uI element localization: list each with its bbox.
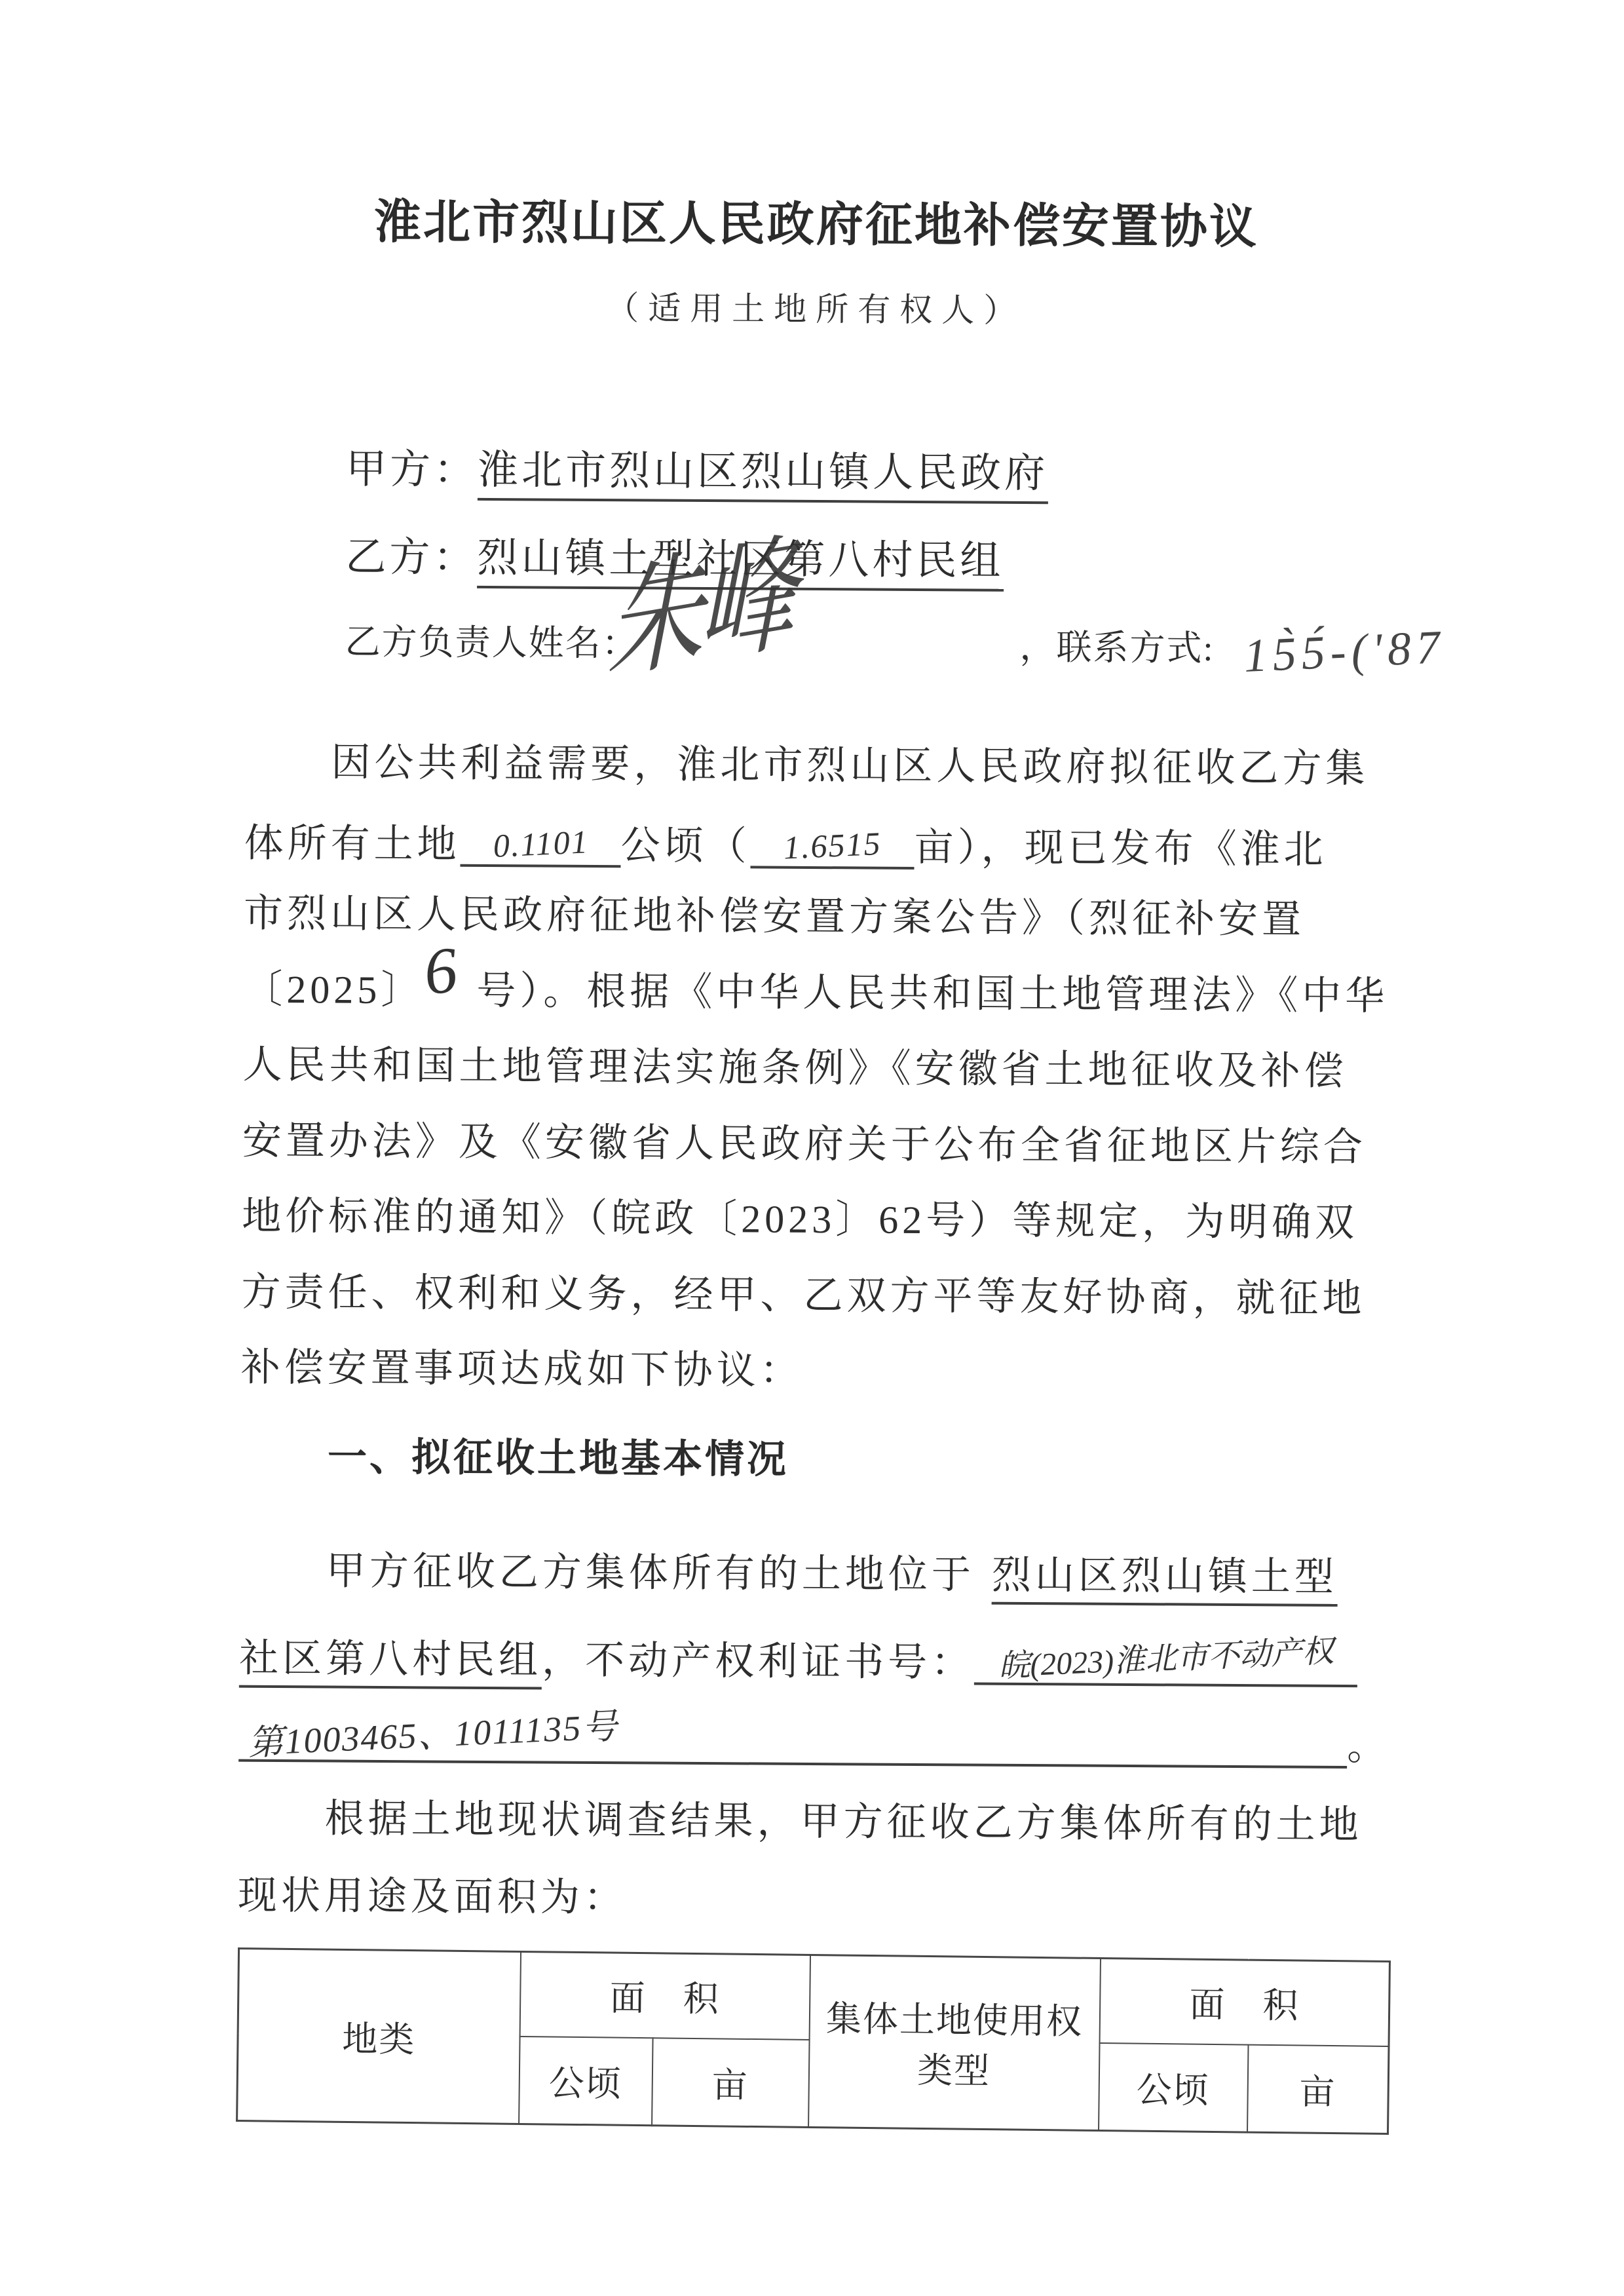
p1-line2-pre: 体所有土地 — [244, 822, 460, 866]
handwritten-signature: 朱峰 — [607, 520, 791, 701]
representative-line: 乙方负责人姓名： 朱峰 ，联系方式: 15̀5́-('87 — [345, 621, 639, 702]
representative-label: 乙方负责人姓名： — [345, 622, 638, 664]
party-a-line: 甲方：淮北市烈山区烈山镇人民政府 — [346, 446, 1048, 499]
party-b-label: 乙方： — [345, 535, 477, 581]
contact-label: ，联系方式: — [1019, 626, 1214, 670]
paragraph1-line3: 市烈山区人民政府征地补偿安置方案公告》（烈征补安置 — [244, 890, 1305, 944]
handwritten-certificate-no-1: 皖(2023)淮北市不动产权 — [998, 1633, 1334, 1686]
section1-heading: 一、拟征收土地基本情况 — [328, 1433, 789, 1483]
s1-line1-underlined-location: 烈山区烈山镇土型 — [992, 1554, 1338, 1607]
party-a-value: 淮北市烈山区烈山镇人民政府 — [478, 448, 1048, 504]
table-header-area-left: 面 积 — [519, 1951, 810, 2040]
paragraph1-line5: 人民共和国土地管理法实施条例》《安徽省土地征收及补偿 — [242, 1041, 1347, 1095]
paragraph1-line1: 因公共利益需要，淮北市烈山区人民政府拟征收乙方集 — [244, 738, 1369, 792]
s1-line2-mid: ，不动产权利证书号： — [542, 1639, 974, 1685]
land-area-table: 地类 面 积 集体土地使用权类型 面 积 公顷 亩 公顷 亩 — [236, 1947, 1391, 2135]
p1-line4-pre: 〔2025〕 — [243, 968, 424, 1012]
p1-line4-post: 号）。根据《中华人民共和国土地管理法》《中华 — [476, 969, 1388, 1018]
page-subtitle: （适用土地所有权人） — [4, 284, 1624, 334]
hectares-blank: 0.1101 — [460, 816, 620, 868]
table-header-land-type: 地类 — [237, 1949, 521, 2124]
s1-line3-period: 。 — [1347, 1725, 1390, 1768]
paragraph1-line9: 补偿安置事项达成如下协议： — [241, 1344, 803, 1394]
p1-line2-post: 亩），现已发布《淮北 — [914, 826, 1327, 871]
table-header-right-type: 集体土地使用权类型 — [808, 1955, 1101, 2130]
table-subheader-hectare-left: 公顷 — [519, 2037, 653, 2126]
table-header-area-right: 面 积 — [1099, 1959, 1389, 2047]
mu-blank: 1.6515 — [750, 817, 914, 870]
handwritten-mu-value: 1.6515 — [783, 824, 882, 868]
handwritten-doc-number: 6 — [425, 968, 477, 973]
party-a-label: 甲方： — [346, 448, 478, 493]
document-sheet: 淮北市烈山区人民政府征地补偿安置协议 （适用土地所有权人） 甲方：淮北市烈山区烈… — [0, 0, 1624, 2296]
p1-line2-mid: 公顷（ — [620, 824, 750, 868]
section1-line3: 第1003465、1011135号。 — [238, 1711, 1390, 1770]
section1-line2: 社区第八村民组，不动产权利证书号：皖(2023)淮北市不动产权 — [239, 1630, 1357, 1689]
section1-line1: 甲方征收乙方集体所有的土地位于烈山区烈山镇土型 — [240, 1547, 1338, 1601]
handwritten-certificate-no-2: 第1003465、1011135号 — [247, 1706, 619, 1765]
paragraph1-line6: 安置办法》及《安徽省人民政府关于公布全省征地区片综合 — [242, 1117, 1367, 1171]
table-subheader-mu-left: 亩 — [652, 2038, 809, 2127]
certificate-blank-2: 第1003465、1011135号 — [238, 1711, 1347, 1769]
section1-line4: 根据土地现状调查结果，甲方征收乙方集体所有的土地 — [238, 1795, 1362, 1848]
s1-line1-pre: 甲方征收乙方集体所有的土地位于 — [326, 1549, 975, 1596]
certificate-blank-1: 皖(2023)淮北市不动产权 — [974, 1634, 1357, 1688]
paragraph1-line8: 方责任、权利和义务，经甲、乙双方平等友好协商，就征地 — [241, 1269, 1365, 1322]
s1-line2-underlined-location: 社区第八村民组 — [239, 1637, 542, 1690]
scanned-agreement-page: 淮北市烈山区人民政府征地补偿安置协议 （适用土地所有权人） 甲方：淮北市烈山区烈… — [0, 0, 1624, 2296]
paragraph1-line7: 地价标准的通知》（皖政〔2023〕62号）等规定，为明确双 — [242, 1193, 1358, 1246]
handwritten-phone: 15̀5́-('87 — [1243, 619, 1446, 685]
table-subheader-mu-right: 亩 — [1247, 2045, 1389, 2134]
handwritten-hectares-value: 0.1101 — [492, 822, 589, 866]
paragraph1-line2: 体所有土地0.1101公顷（1.6515亩），现已发布《淮北 — [244, 814, 1327, 873]
page-title: 淮北市烈山区人民政府征地补偿安置协议 — [4, 191, 1624, 258]
table-subheader-hectare-right: 公顷 — [1099, 2043, 1248, 2132]
section1-line5: 现状用途及面积为： — [238, 1872, 627, 1922]
paragraph1-line4: 〔2025〕6号）。根据《中华人民共和国土地管理法》《中华 — [243, 966, 1388, 1020]
